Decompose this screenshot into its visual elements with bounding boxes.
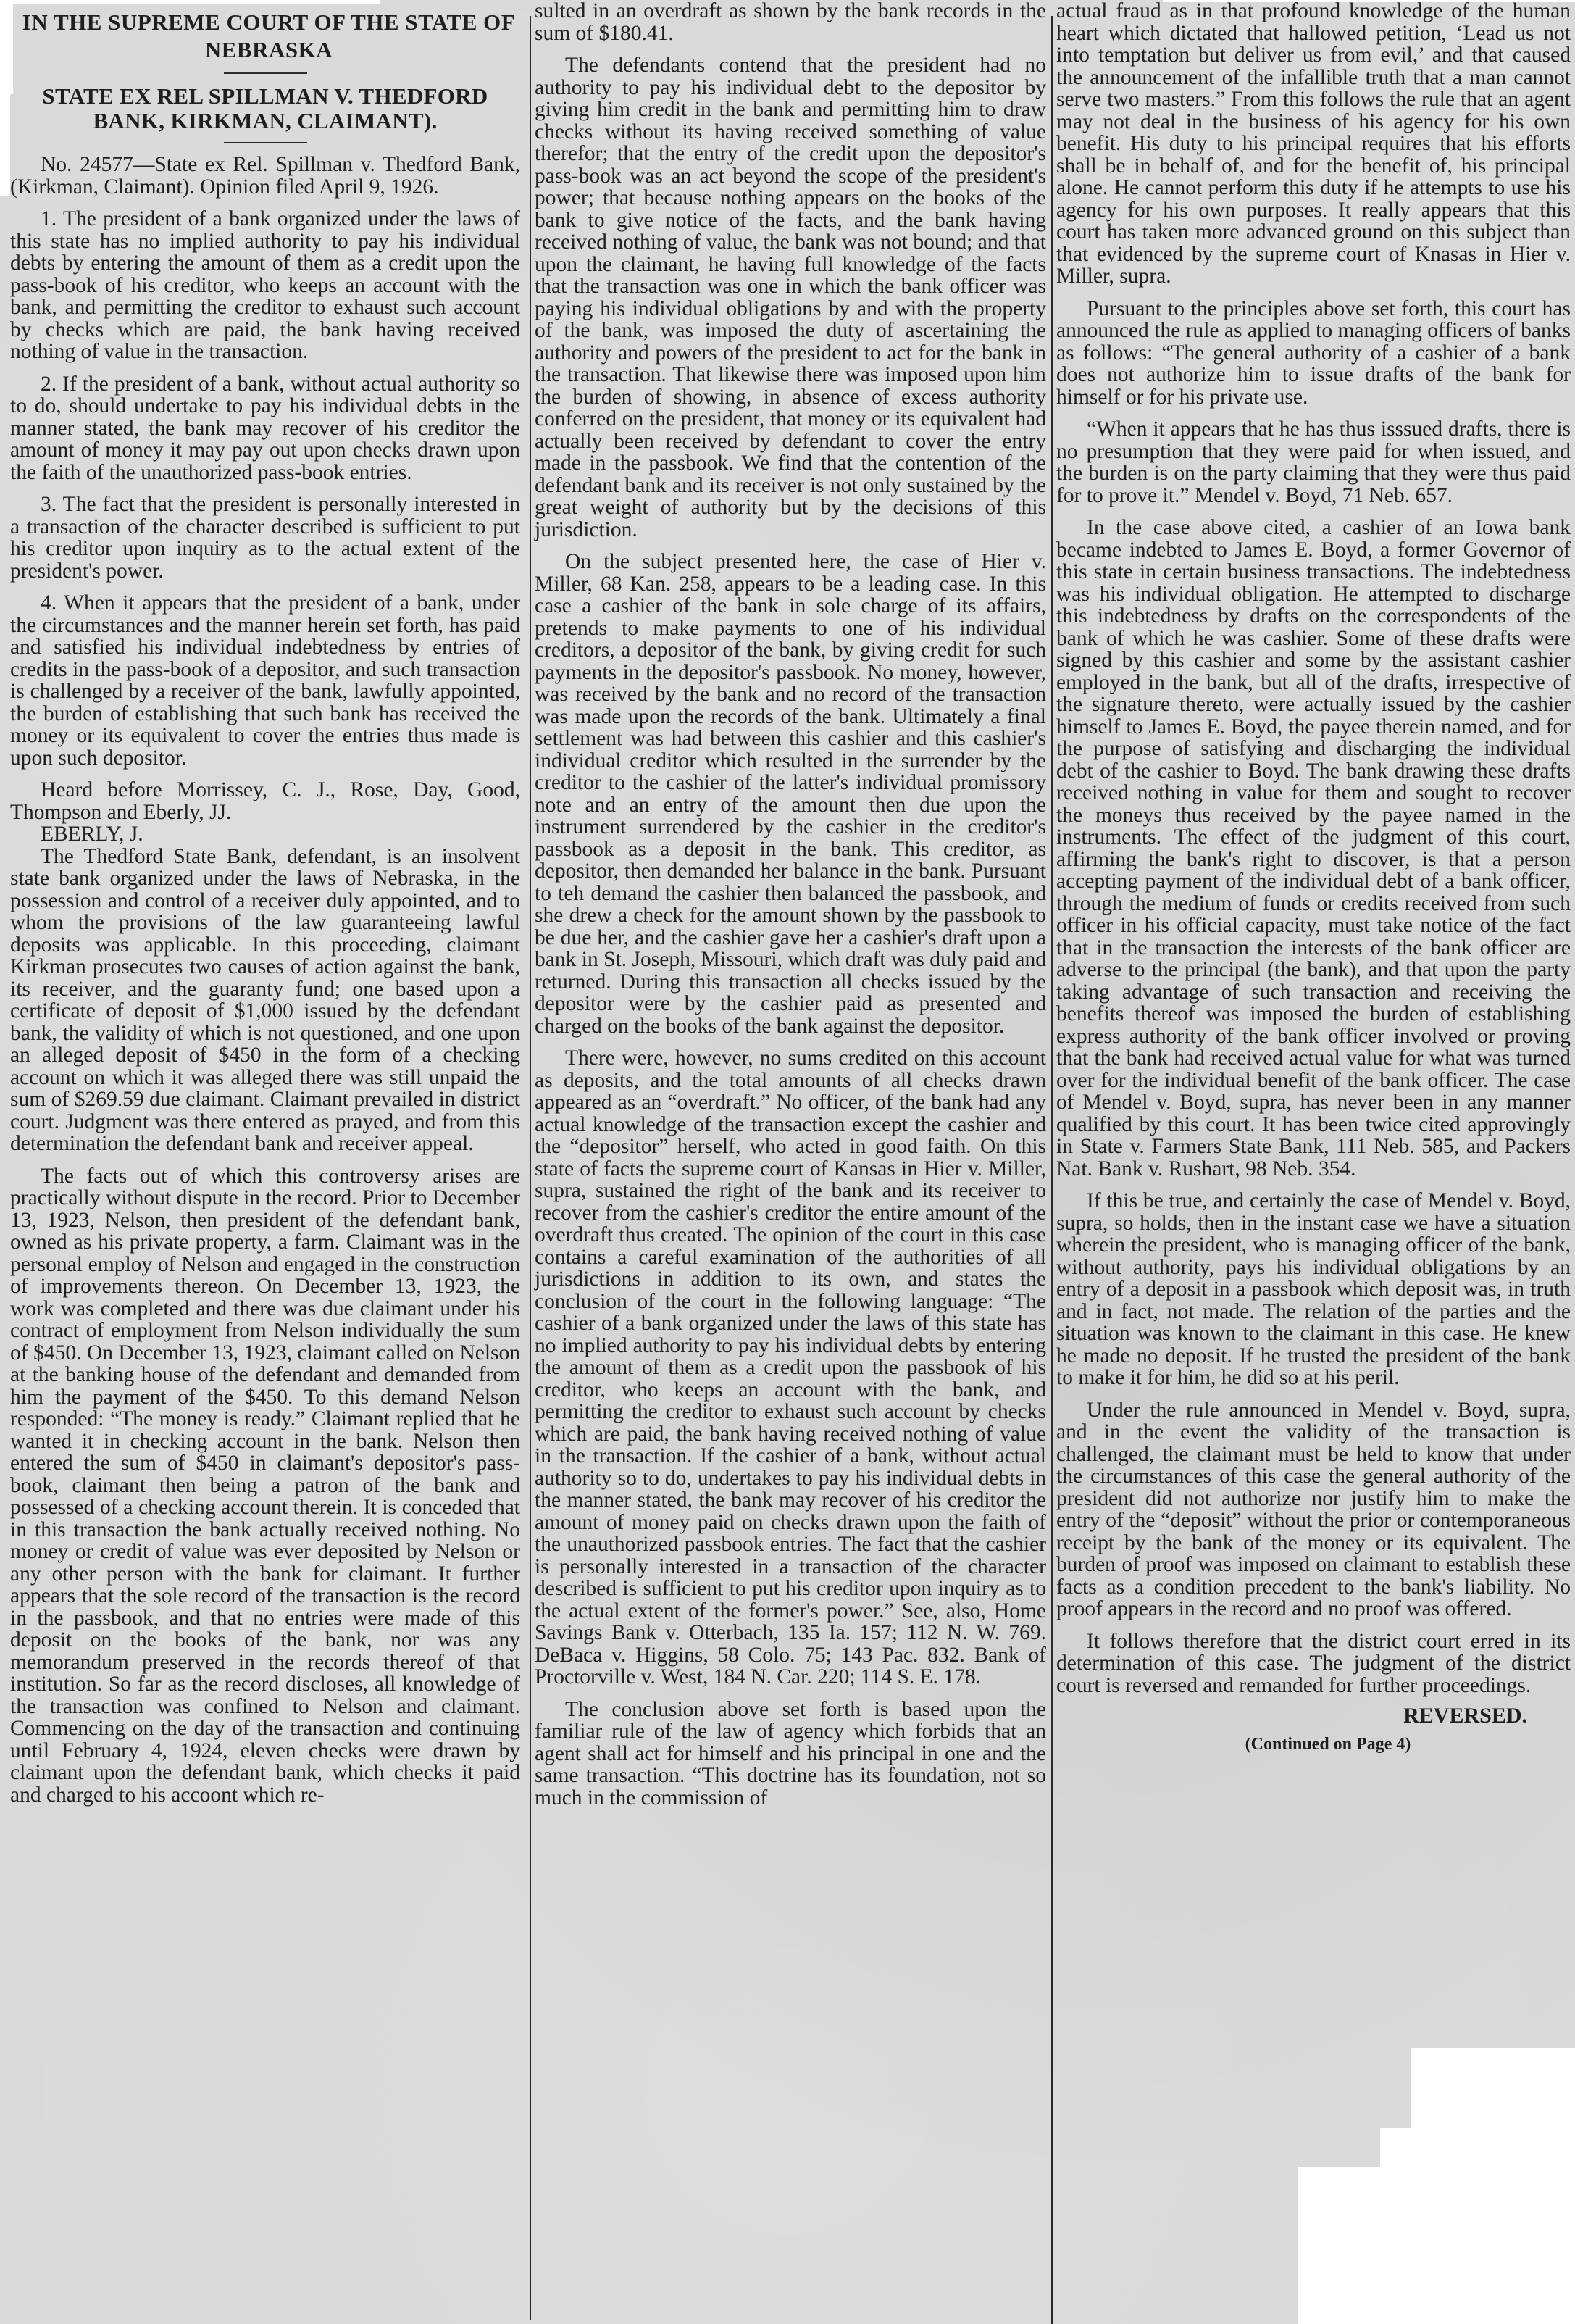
opinion-paragraph: Under the rule announced in Mendel v. Bo… [1056,1399,1571,1620]
syllabus-point-2: 2. If the president of a bank, without a… [10,373,520,484]
opinion-paragraph: In the case above cited, a cashier of an… [1056,517,1571,1180]
disposition: REVERSED. [1056,1705,1571,1728]
continued-notice: (Continued on Page 4) [1056,1733,1571,1756]
opinion-paragraph: There were, however, no sums credited on… [535,1047,1046,1688]
judge-name: EBERLY, J. [10,823,520,846]
court-heading: IN THE SUPREME COURT OF THE STATE OF NEB… [17,9,520,64]
heard-before: Heard before Morrissey, C. J., Rose, Day… [10,779,520,823]
column-divider-1 [530,16,531,2320]
opinion-paragraph: It follows therefore that the district c… [1056,1630,1571,1697]
opinion-paragraph: Pursuant to the principles above set for… [1056,298,1571,409]
opinion-paragraph: If this be true, and certainly the case … [1056,1190,1571,1389]
syllabus-point-4: 4. When it appears that the president of… [10,592,520,769]
heading-rule [224,72,307,74]
column-2: sulted in an overdraft as shown by the b… [535,0,1046,2324]
opinion-paragraph: The defendants contend that the presiden… [535,54,1046,541]
opinion-paragraph: On the subject presented here, the case … [535,551,1046,1037]
column-1: IN THE SUPREME COURT OF THE STATE OF NEB… [10,0,520,2324]
scan-edge-left-lower [0,94,10,196]
column-3: actual fraud as in that profound knowled… [1056,0,1571,2324]
opinion-paragraph: The Thedford State Bank, defendant, is a… [10,846,520,1155]
opinion-paragraph: “When it appears that he has thus isssue… [1056,418,1571,507]
opinion-paragraph: The conclusion above set forth is based … [535,1699,1046,1809]
opinion-paragraph: actual fraud as in that profound knowled… [1056,0,1571,288]
opinion-paragraph: The facts out of which this controversy … [10,1165,520,1807]
opinion-paragraph: sulted in an overdraft as shown by the b… [535,0,1046,44]
case-info: No. 24577—State ex Rel. Spillman v. Thed… [10,154,520,198]
case-title: STATE EX REL SPILLMAN V. THEDFORD BANK, … [10,84,520,133]
syllabus-point-1: 1. The president of a bank organized und… [10,208,520,363]
syllabus-point-3: 3. The fact that the president is person… [10,493,520,582]
column-divider-2 [1051,16,1053,2324]
heading-rule [224,142,307,143]
